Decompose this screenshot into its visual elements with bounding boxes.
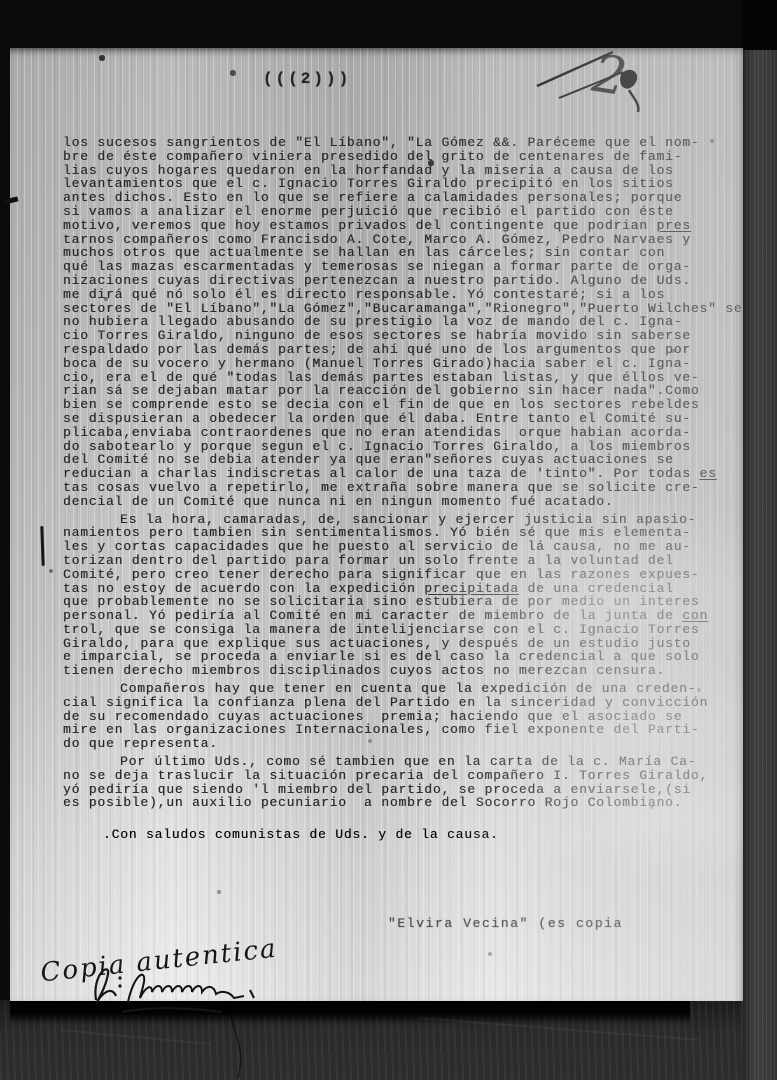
text-segment: muchos otros que actualmente se hallan e… bbox=[63, 245, 665, 260]
text-segment: les y cortas capacidades que he puesto a… bbox=[63, 539, 691, 554]
text-segment: reducian a charlas indiscretas al calor … bbox=[63, 466, 700, 481]
text-line: Por último Uds., como sé tambien que en … bbox=[63, 755, 753, 769]
text-line: me dirá qué nó solo él es directo respon… bbox=[63, 288, 753, 302]
text-segment: lias cuyos hogares quedaron en la horfan… bbox=[63, 163, 674, 178]
text-line: sectores de "El Líbano","La Gómez","Buca… bbox=[63, 302, 753, 316]
underlined-text: con bbox=[682, 608, 708, 623]
text-segment: nizaciones cuyas directivas pertenezcan … bbox=[63, 273, 691, 288]
text-line: cio, era el de qué "todas las demás part… bbox=[63, 371, 753, 385]
text-segment: Por último Uds., como sé tambien que en … bbox=[120, 754, 696, 769]
text-segment: cial significa la confianza plena del Pa… bbox=[63, 695, 708, 710]
text-segment: yó pediría que siendo 'l miembro del par… bbox=[63, 782, 691, 797]
text-segment: namientos pero tambien sin sentimentalis… bbox=[63, 525, 691, 540]
text-line: Compañeros hay que tener en cuenta que l… bbox=[63, 682, 753, 696]
text-segment: cio, era el de qué "todas las demás part… bbox=[63, 370, 700, 385]
text-line: do sabotearlo y porque segun el c. Ignac… bbox=[63, 440, 753, 454]
paragraph: Es la hora, camaradas, de, sancionar y e… bbox=[63, 513, 753, 679]
text-line: Comité, pero creo tener derecho para sig… bbox=[63, 568, 753, 582]
scanned-document: (((2))) 2 los sucesos sangrientos de "El… bbox=[0, 0, 777, 1080]
text-segment: tas cosas vuelvo a repetirlo, me extraña… bbox=[63, 480, 700, 495]
text-line: do que representa. bbox=[63, 737, 753, 751]
text-line: mire en las organizaciones Internacional… bbox=[63, 723, 753, 737]
text-line: trol, que se consiga la manera de inteli… bbox=[63, 623, 753, 637]
text-line: personal. Yó pediría al Comité en mi car… bbox=[63, 609, 753, 623]
text-segment: antes dichos. Esto en lo que se refiere … bbox=[63, 190, 682, 205]
text-segment: no hubiera llegado abusando de su presti… bbox=[63, 314, 682, 329]
text-line: se dispusieran a obedecer la orden que é… bbox=[63, 412, 753, 426]
text-line: del Comité no se debia atender ya que er… bbox=[63, 453, 753, 467]
text-segment: los sucesos sangrientos de "El Líbano", … bbox=[63, 135, 700, 150]
underlined-text: es bbox=[700, 466, 717, 481]
text-segment: bre de éste compañero viniera presedido … bbox=[63, 149, 682, 164]
handwritten-signature bbox=[82, 956, 312, 1022]
text-line: dencial de un Comité que nunca ni en nin… bbox=[63, 495, 753, 509]
text-segment: personal. Yó pediría al Comité en mi car… bbox=[63, 608, 682, 623]
text-segment: es posible),un auxilio pecuniario a nomb… bbox=[63, 795, 682, 810]
text-segment: Es la hora, camaradas, de, sancionar y e… bbox=[120, 512, 696, 527]
text-line: motivo, veremos que hoy estamos privados… bbox=[63, 219, 753, 233]
text-segment: que probablemente no se solicitaria sino… bbox=[63, 594, 700, 609]
text-segment: de su recomendado cuyas actuaciones prem… bbox=[63, 709, 682, 724]
text-line: reducian a charlas indiscretas al calor … bbox=[63, 467, 753, 481]
text-segment: trol, que se consiga la manera de inteli… bbox=[63, 622, 700, 637]
text-line: tienen derecho miembros disciplinados cu… bbox=[63, 664, 753, 678]
page-number-typed: (((2))) bbox=[263, 70, 351, 88]
underlined-text: precipitada bbox=[424, 581, 519, 596]
text-line: si vamos a analizar el enorme perjuició … bbox=[63, 205, 753, 219]
text-segment: qué las mazas escarmentadas y temerosas … bbox=[63, 259, 691, 274]
text-segment: del Comité no se debia atender ya que er… bbox=[63, 452, 674, 467]
text-line: cial significa la confianza plena del Pa… bbox=[63, 696, 753, 710]
text-line: plicaba,enviaba contraordenes que no era… bbox=[63, 426, 753, 440]
text-segment: rian sá se dejaban matar por la reacción… bbox=[63, 383, 700, 398]
margin-dash-mark bbox=[4, 196, 19, 204]
text-line: lias cuyos hogares quedaron en la horfan… bbox=[63, 164, 753, 178]
paragraph: Por último Uds., como sé tambien que en … bbox=[63, 755, 753, 810]
text-line: torizan dentro del partido para formar u… bbox=[63, 554, 753, 568]
text-line: de su recomendado cuyas actuaciones prem… bbox=[63, 710, 753, 724]
margin-pen-mark bbox=[40, 526, 44, 566]
text-segment: tarnos compañeros como Francisdo A. Cote… bbox=[63, 232, 691, 247]
text-segment: de una credencial bbox=[519, 581, 674, 596]
text-segment: se dispusieran a obedecer la orden que é… bbox=[63, 411, 691, 426]
text-line: Es la hora, camaradas, de, sancionar y e… bbox=[63, 513, 753, 527]
text-line: les y cortas capacidades que he puesto a… bbox=[63, 540, 753, 554]
text-line: e imparcial, se proceda a enviarle si es… bbox=[63, 650, 753, 664]
underlined-text: pres bbox=[657, 218, 691, 233]
text-line: tas cosas vuelvo a repetirlo, me extraña… bbox=[63, 481, 753, 495]
text-line: es posible),un auxilio pecuniario a nomb… bbox=[63, 796, 753, 810]
text-line: tarnos compañeros como Francisdo A. Cote… bbox=[63, 233, 753, 247]
text-segment: sectores de "El Líbano","La Gómez","Buca… bbox=[63, 301, 743, 316]
text-line: bre de éste compañero viniera presedido … bbox=[63, 150, 753, 164]
text-segment: e imparcial, se proceda a enviarle si es… bbox=[63, 649, 700, 664]
text-line: boca de su vocero y hermano (Manuel Torr… bbox=[63, 357, 753, 371]
text-line: qué las mazas escarmentadas y temerosas … bbox=[63, 260, 753, 274]
text-segment: si vamos a analizar el enorme perjuició … bbox=[63, 204, 674, 219]
text-segment: respaldado por las demás partes; de ahí … bbox=[63, 342, 691, 357]
text-segment: plicaba,enviaba contraordenes que no era… bbox=[63, 425, 691, 440]
ink-scribble bbox=[525, 38, 685, 118]
text-segment: torizan dentro del partido para formar u… bbox=[63, 553, 674, 568]
text-line: bien se comprende esto se decia con el f… bbox=[63, 398, 753, 412]
text-line: los sucesos sangrientos de "El Líbano", … bbox=[63, 136, 753, 150]
text-line: Giraldo, para que explique sus actuacion… bbox=[63, 637, 753, 651]
text-segment: cio Torres Giraldo, ninguno de esos sect… bbox=[63, 328, 691, 343]
text-line: no se deja traslucir la situación precar… bbox=[63, 769, 753, 783]
closing-line: .Con saludos comunistas de Uds. y de la … bbox=[103, 828, 499, 842]
text-line: tas no estoy de acuerdo con la expedició… bbox=[63, 582, 753, 596]
text-segment: boca de su vocero y hermano (Manuel Torr… bbox=[63, 356, 691, 371]
text-segment: motivo, veremos que hoy estamos privados… bbox=[63, 218, 657, 233]
text-segment: tienen derecho miembros disciplinados cu… bbox=[63, 663, 665, 678]
typed-signature: "Elvira Vecina" (es copia bbox=[388, 916, 623, 931]
text-line: cio Torres Giraldo, ninguno de esos sect… bbox=[63, 329, 753, 343]
text-line: no hubiera llegado abusando de su presti… bbox=[63, 315, 753, 329]
text-segment: me dirá qué nó solo él es directo respon… bbox=[63, 287, 665, 302]
text-line: yó pediría que siendo 'l miembro del par… bbox=[63, 783, 753, 797]
document-page: (((2))) 2 los sucesos sangrientos de "El… bbox=[10, 48, 743, 1001]
paper-speckles bbox=[10, 48, 12, 50]
text-line: antes dichos. Esto en lo que se refiere … bbox=[63, 191, 753, 205]
text-line: nizaciones cuyas directivas pertenezcan … bbox=[63, 274, 753, 288]
text-segment: levantamientos que el c. Ignacio Torres … bbox=[63, 176, 674, 191]
text-segment: Compañeros hay que tener en cuenta que l… bbox=[120, 681, 696, 696]
text-segment: do que representa. bbox=[63, 736, 218, 751]
text-segment: Comité, pero creo tener derecho para sig… bbox=[63, 567, 700, 582]
text-line: respaldado por las demás partes; de ahí … bbox=[63, 343, 753, 357]
text-segment: tas no estoy de acuerdo con la expedició… bbox=[63, 581, 424, 596]
text-line: rian sá se dejaban matar por la reacción… bbox=[63, 384, 753, 398]
paragraph: los sucesos sangrientos de "El Líbano", … bbox=[63, 136, 753, 509]
text-segment: no se deja traslucir la situación precar… bbox=[63, 768, 708, 783]
text-line: levantamientos que el c. Ignacio Torres … bbox=[63, 177, 753, 191]
text-line: namientos pero tambien sin sentimentalis… bbox=[63, 526, 753, 540]
text-segment: bien se comprende esto se decia con el f… bbox=[63, 397, 700, 412]
letter-body: los sucesos sangrientos de "El Líbano", … bbox=[63, 136, 753, 814]
text-line: muchos otros que actualmente se hallan e… bbox=[63, 246, 753, 260]
paragraph: Compañeros hay que tener en cuenta que l… bbox=[63, 682, 753, 751]
text-segment: do sabotearlo y porque segun el c. Ignac… bbox=[63, 439, 691, 454]
text-line: que probablemente no se solicitaria sino… bbox=[63, 595, 753, 609]
text-segment: dencial de un Comité que nunca ni en nin… bbox=[63, 494, 613, 509]
text-segment: mire en las organizaciones Internacional… bbox=[63, 722, 700, 737]
text-segment: Giraldo, para que explique sus actuacion… bbox=[63, 636, 691, 651]
